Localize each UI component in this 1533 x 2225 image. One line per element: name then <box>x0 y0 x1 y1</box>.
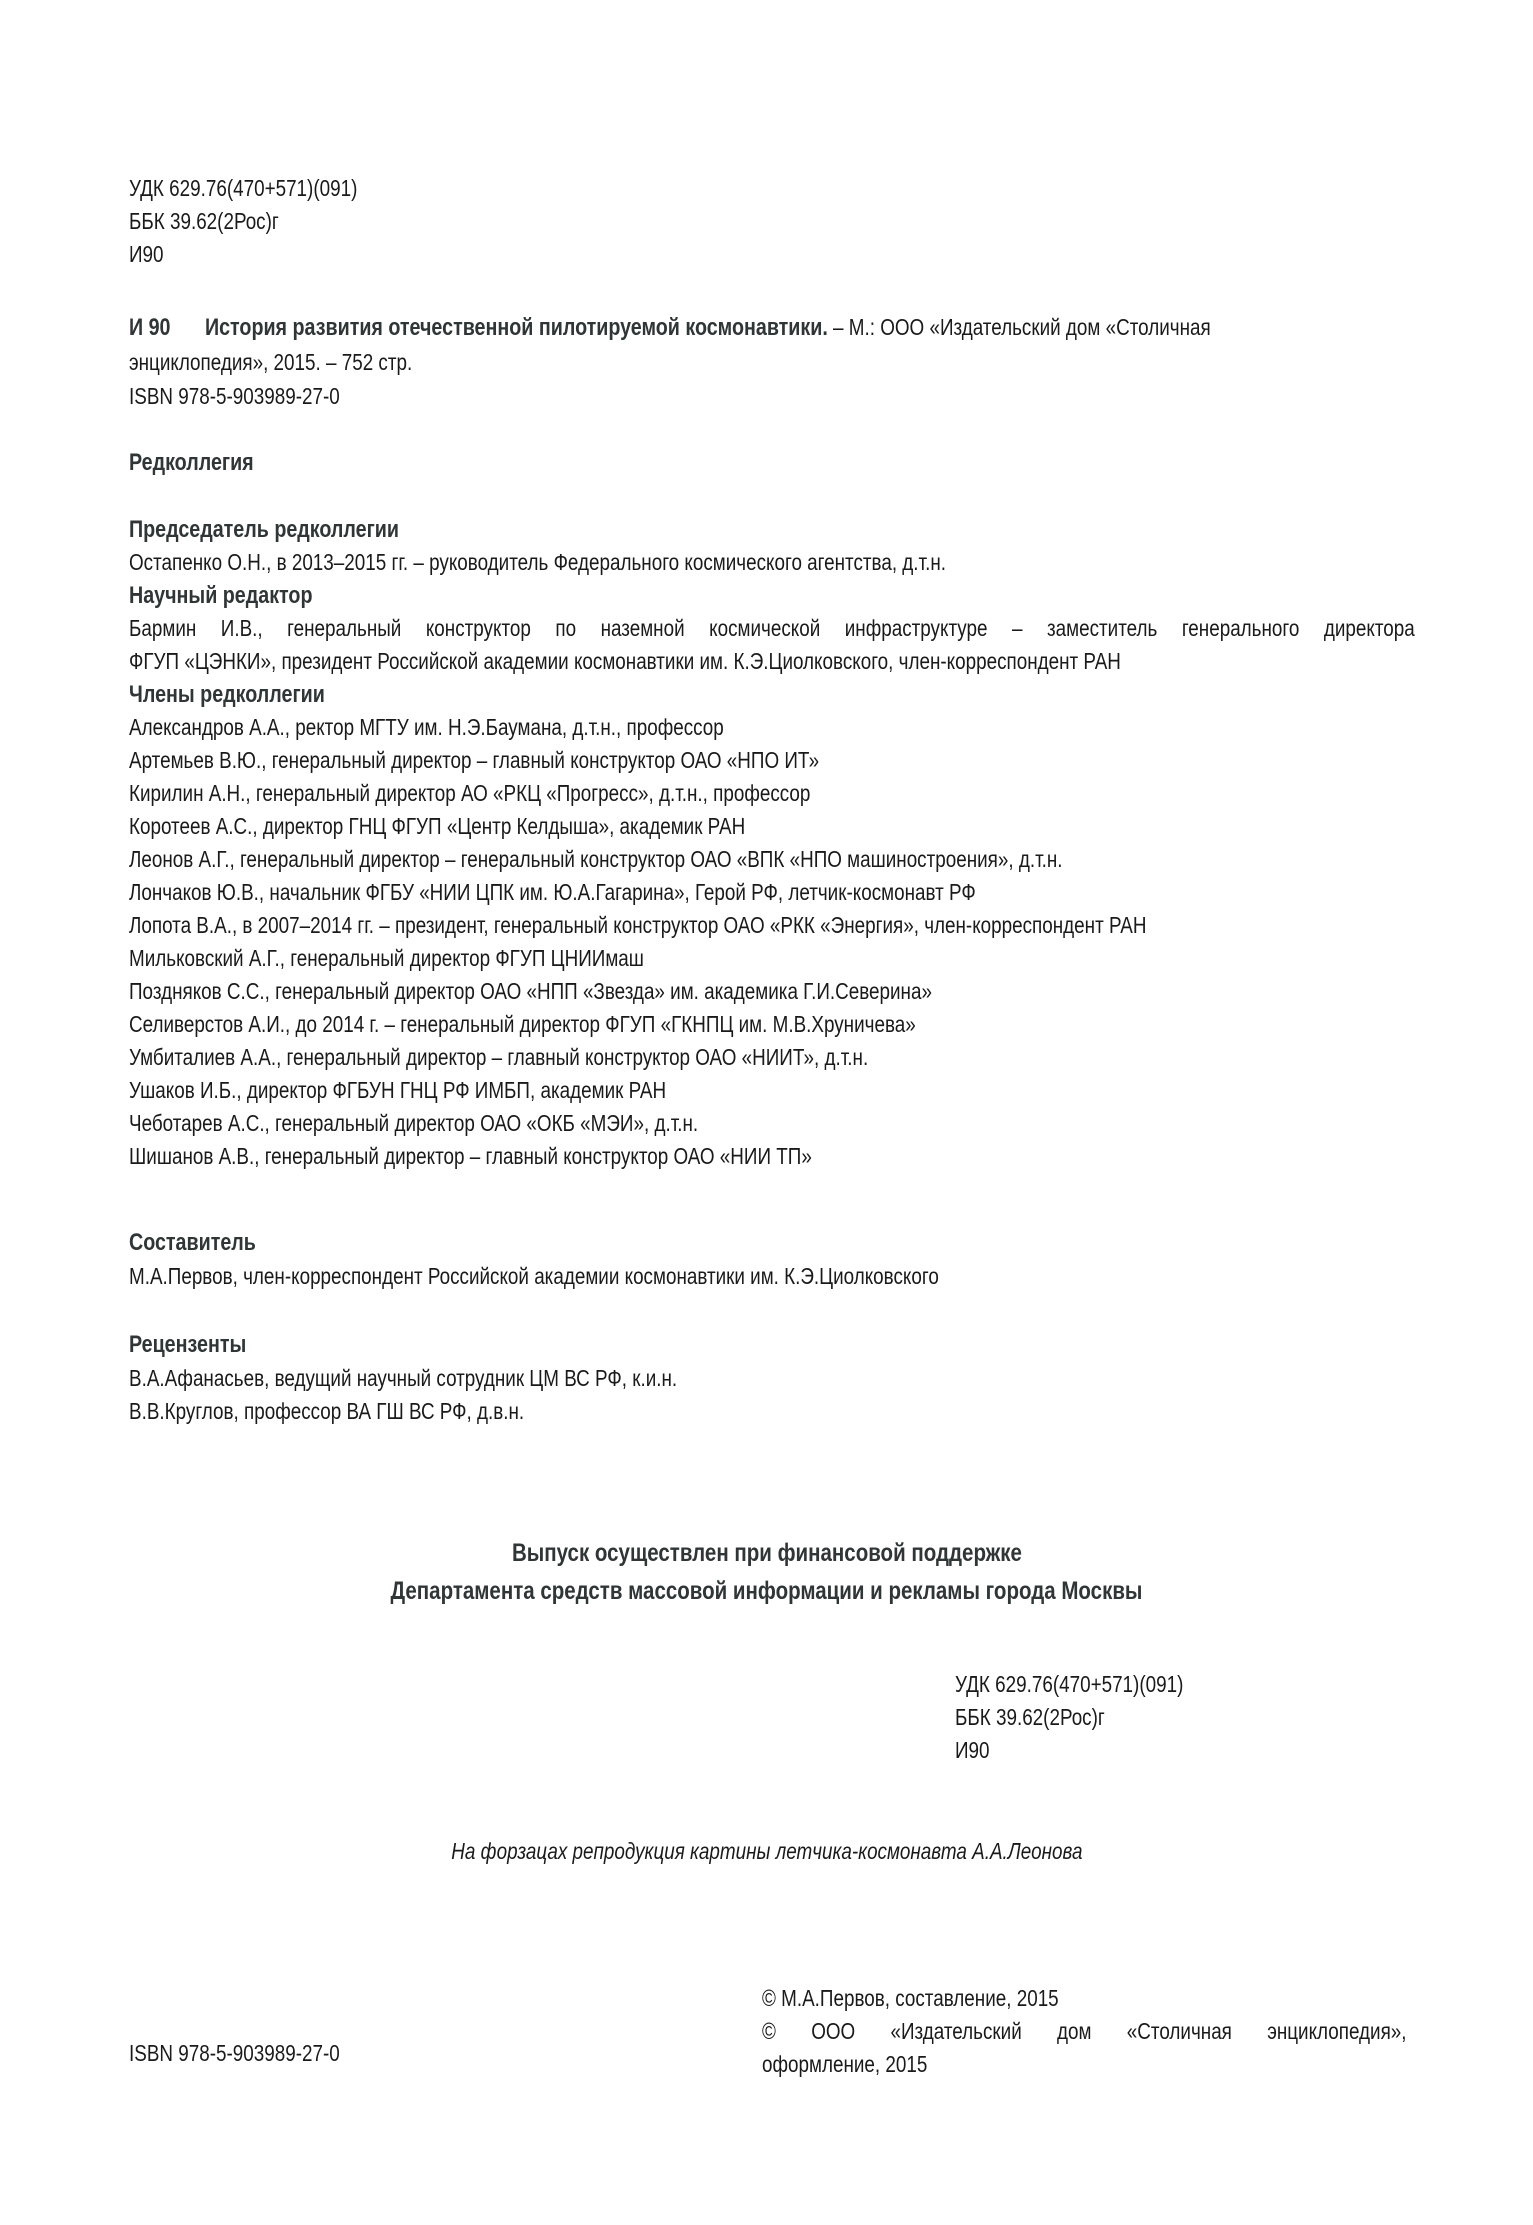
book-title: История развития отечественной пилотируе… <box>205 314 828 341</box>
author-mark: И90 <box>955 1734 1183 1767</box>
list-item: Александров А.А., ректор МГТУ им. Н.Э.Ба… <box>129 711 1415 744</box>
list-item: Шишанов А.В., генеральный директор – гла… <box>129 1140 1415 1173</box>
list-item: Мильковский А.Г., генеральный директор Ф… <box>129 942 1415 975</box>
isbn-bottom: ISBN 978-5-903989-27-0 <box>129 2040 386 2067</box>
list-item: Поздняков С.С., генеральный директор ОАО… <box>129 975 1415 1008</box>
support-line-2: Департамента средств массовой информации… <box>391 1572 1143 1610</box>
science-editor-heading: Научный редактор <box>129 579 1415 612</box>
list-item: В.А.Афанасьев, ведущий научный сотрудник… <box>129 1362 677 1395</box>
financial-support-note: Выпуск осуществлен при финансовой поддер… <box>0 1534 1533 1610</box>
compiler-section: Составитель М.А.Первов, член-корреспонде… <box>129 1226 1117 1293</box>
list-item: Лончаков Ю.В., начальник ФГБУ «НИИ ЦПК и… <box>129 876 1415 909</box>
list-item: Леонов А.Г., генеральный директор – гене… <box>129 843 1415 876</box>
list-item: В.В.Круглов, профессор ВА ГШ ВС РФ, д.в.… <box>129 1395 677 1428</box>
compiler-text: М.А.Первов, член-корреспондент Российско… <box>129 1260 939 1293</box>
list-item: Ушаков И.Б., директор ФГБУН ГНЦ РФ ИМБП,… <box>129 1074 1415 1107</box>
chairman-section: Председатель редколлегии Остапенко О.Н.,… <box>129 513 1533 1173</box>
bbk-code: ББК 39.62(2Рос)г <box>129 205 357 238</box>
imprint-line-2: энциклопедия», 2015. – 752 стр. <box>129 345 1415 379</box>
list-item: Селиверстов А.И., до 2014 г. – генеральн… <box>129 1008 1415 1041</box>
bbk-code: ББК 39.62(2Рос)г <box>955 1701 1183 1734</box>
list-item: Артемьев В.Ю., генеральный директор – гл… <box>129 744 1415 777</box>
members-heading: Члены редколлегии <box>129 678 1415 711</box>
science-editor-line-2: ФГУП «ЦЭНКИ», президент Российской акаде… <box>129 645 1415 678</box>
reviewers-section: Рецензенты В.А.Афанасьев, ведущий научны… <box>129 1328 797 1428</box>
chairman-text: Остапенко О.Н., в 2013–2015 гг. – руково… <box>129 546 1415 579</box>
members-list: Александров А.А., ректор МГТУ им. Н.Э.Ба… <box>129 711 1415 1173</box>
list-item: Умбиталиев А.А., генеральный директор – … <box>129 1041 1415 1074</box>
list-item: Кирилин А.Н., генеральный директор АО «Р… <box>129 777 1415 810</box>
book-index: И 90 <box>129 314 171 341</box>
author-mark: И90 <box>129 238 357 271</box>
compiler-heading: Составитель <box>129 1226 939 1260</box>
copyright-publisher-line-1: © ООО «Издательский дом «Столичная энцик… <box>762 2015 1407 2048</box>
list-item: Чеботарев А.С., генеральный директор ОАО… <box>129 1107 1415 1140</box>
board-heading: Редколлегия <box>129 446 254 480</box>
chairman-heading: Председатель редколлегии <box>129 513 1415 546</box>
bibliographic-description: И 90История развития отечественной пилот… <box>129 310 1415 413</box>
copyright-compiler: © М.А.Первов, составление, 2015 <box>762 1982 1407 2015</box>
support-line-1: Выпуск осуществлен при финансовой поддер… <box>512 1534 1022 1572</box>
copyright-block: © М.А.Первов, составление, 2015 © ООО «И… <box>762 1982 1407 2081</box>
isbn-top: ISBN 978-5-903989-27-0 <box>129 379 1415 413</box>
list-item: Коротеев А.С., директор ГНЦ ФГУП «Центр … <box>129 810 1415 843</box>
board-section: Редколлегия <box>129 446 281 480</box>
copyright-page: УДК 629.76(470+571)(091) ББК 39.62(2Рос)… <box>0 0 1533 2225</box>
imprint-line-1: – М.: ООО «Издательский дом «Столичная <box>828 314 1211 340</box>
classification-codes: УДК 629.76(470+571)(091) ББК 39.62(2Рос)… <box>129 172 407 271</box>
udk-code: УДК 629.76(470+571)(091) <box>129 172 357 205</box>
science-editor-line-1: Бармин И.В., генеральный конструктор по … <box>129 612 1415 645</box>
classification-codes-repeat: УДК 629.76(470+571)(091) ББК 39.62(2Рос)… <box>955 1668 1233 1767</box>
reviewers-heading: Рецензенты <box>129 1328 677 1362</box>
list-item: Лопота В.А., в 2007–2014 гг. – президент… <box>129 909 1415 942</box>
udk-code: УДК 629.76(470+571)(091) <box>955 1668 1183 1701</box>
copyright-publisher-line-2: оформление, 2015 <box>762 2048 1407 2081</box>
frontispiece-note: На форзацах репродукция картины летчика-… <box>0 1838 1533 1865</box>
